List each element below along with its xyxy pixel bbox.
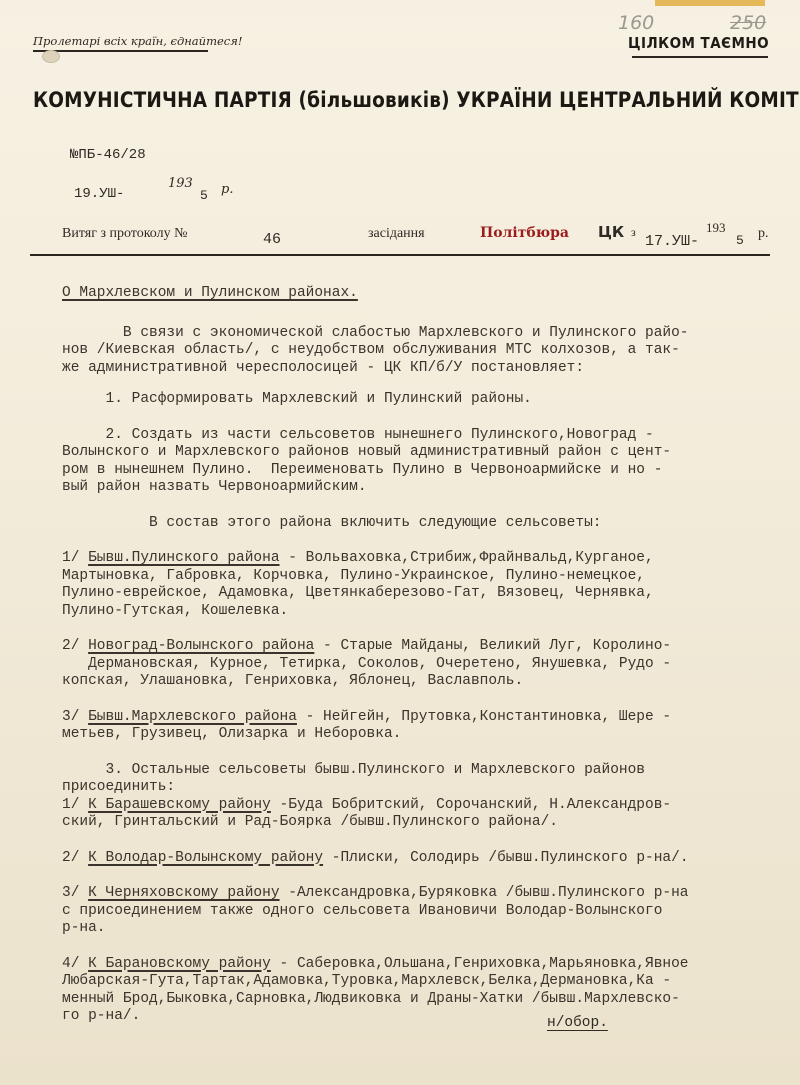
resolution-item-2-line: 2. Создать из части сельсоветов нынешнег… [62,427,782,445]
document-body: О Мархлевском и Пулинском районах. В свя… [62,285,782,1026]
resolution-item-3-line: 3. Остальные сельсоветы бывш.Пулинского … [62,762,782,780]
organization-header: КОМУНІСТИЧНА ПАРТІЯ (більшовиків) УКРАЇН… [33,88,800,112]
resolution-item-3-line: присоединить: [62,779,782,797]
attachment-3-line: с присоединением также одного сельсовета… [62,903,782,921]
body-name: Політбюра [480,225,569,241]
document-year-suffix: р. [221,182,233,197]
attachment-1-line: ский, Гринтальский и Рад-Боярка /бывш.Пу… [62,814,782,832]
punch-hole [42,50,60,63]
attachment-1-line: 1/ К Барашевскому району -Буда Бобритски… [62,797,782,815]
group-2-line: копская, Улашановка, Генриховка, Яблонец… [62,673,782,691]
resolution-item-1: 1. Расформировать Мархлевский и Пулински… [62,391,782,409]
attachment-4-line: 4/ К Барановскому району - Саберовка,Оль… [62,956,782,974]
attachment-1-heading: К Барашевскому району [88,797,271,813]
group-3-line: метьев, Грузивец, Олизарка и Неборовка. [62,726,782,744]
header-rule [30,254,770,256]
resolution-item-2-line: вый район назвать Червоноармийским. [62,479,782,497]
subject-heading: О Мархлевском и Пулинском районах. [62,285,782,303]
document-date: 19.УШ- [74,186,124,202]
group-2-line: 2/ Новоград-Волынского района - Старые М… [62,638,782,656]
from-label: з [631,225,636,240]
group-1-heading: Бывш.Пулинского района [88,550,279,566]
meeting-year-prefix: 193 [706,220,726,236]
group-1-line: Пулино-Гутская, Кошелевка. [62,603,782,621]
meeting-year-suffix: р. [758,226,769,242]
resolution-item-2-line: Волынского и Мархлевского районов новый … [62,444,782,462]
archive-number-struck: 250 [730,12,766,34]
group-3-line: 3/ Бывш.Мархлевского района - Нейгейн, П… [62,709,782,727]
meeting-date: 17.УШ- [645,233,699,250]
attachment-4-line: менный Брод,Быковка,Сарновка,Людвиковка … [62,991,782,1009]
session-label: засідання [368,226,425,242]
signature-note: н/обор. [547,1015,608,1031]
slogan: Пролетарі всіх країн, єднайтеся! [33,34,242,48]
slogan-underline [33,50,208,52]
folder-tab [655,0,765,6]
group-1-line: Пулино-еврейское, Адамовка, Цветянкабере… [62,585,782,603]
preamble-line: нов /Киевская область/, с неудобством об… [62,342,782,360]
attachment-4-line: го р-на/. [62,1008,782,1026]
archive-number: 160 [618,12,654,34]
attachment-2-line: 2/ К Володар-Волынскому району -Плиски, … [62,850,782,868]
preamble-line: В связи с экономической слабостью Мархле… [62,325,782,343]
document-year-digit: 5 [200,188,208,203]
attachment-3-heading: К Черняховскому району [88,885,279,901]
group-2-line: Дермановская, Курное, Тетирка, Соколов, … [62,656,782,674]
committee-label: ЦК [598,223,624,241]
attachment-2-heading: К Володар-Волынскому району [88,850,323,866]
composition-intro: В состав этого района включить следующие… [62,515,782,533]
group-2-heading: Новоград-Волынского района [88,638,314,654]
resolution-item-2-line: ром в нынешнем Пулино. Переименовать Пул… [62,462,782,480]
attachment-3-line: 3/ К Черняховскому району -Александровка… [62,885,782,903]
preamble-line: же административной чересполосицей - ЦК … [62,360,782,378]
group-3-heading: Бывш.Мархлевского района [88,709,297,725]
classification-underline [632,56,768,58]
group-1-line: Мартыновка, Габровка, Корчовка, Пулино-У… [62,568,782,586]
document-year-prefix: 193 [168,176,193,191]
extract-label: Витяг з протоколу № [62,226,187,242]
meeting-year-digit: 5 [736,233,744,248]
attachment-4-line: Любарская-Гута,Тартак,Адамовка,Туровка,М… [62,973,782,991]
document-number: №ПБ-46/28 [70,147,146,163]
protocol-number: 46 [263,231,281,248]
attachment-4-heading: К Барановскому району [88,956,271,972]
classification-stamp: ЦІЛКОМ ТАЄМНО [628,34,769,52]
group-1-line: 1/ Бывш.Пулинского района - Вольваховка,… [62,550,782,568]
page-top-edge [0,0,800,14]
attachment-3-line: р-на. [62,920,782,938]
